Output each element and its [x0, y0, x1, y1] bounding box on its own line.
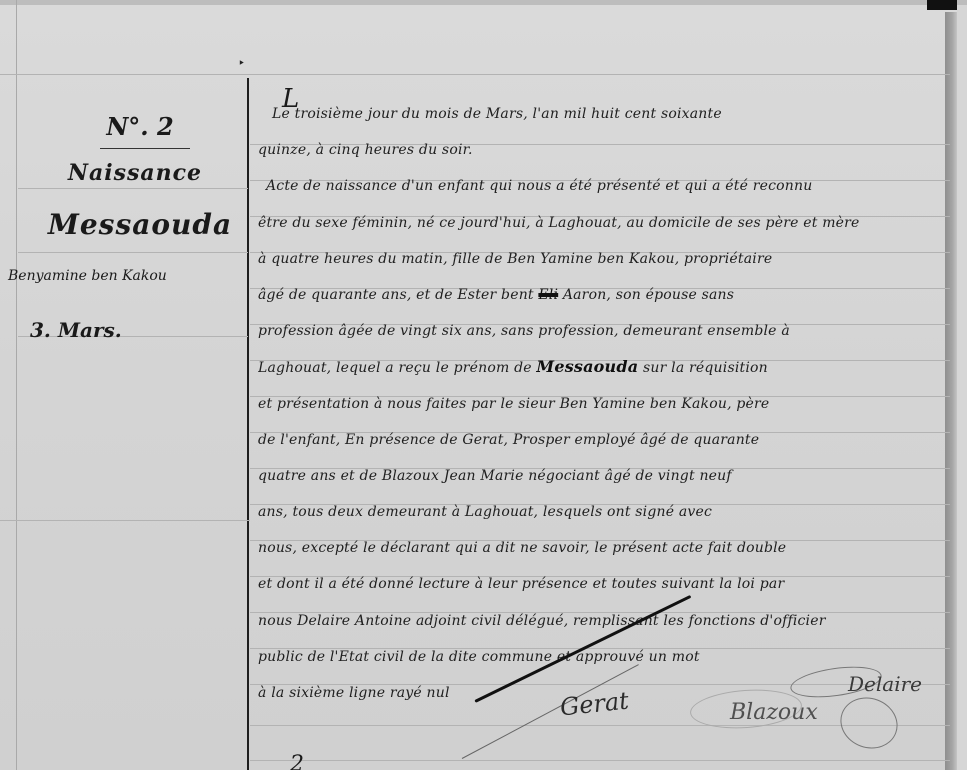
body-line: et présentation à nous faites par le sie…	[258, 386, 948, 422]
struck-word: Eli	[538, 287, 558, 303]
ruled-line	[0, 520, 250, 521]
father-name: Benyamine ben Kakou	[8, 268, 244, 284]
ruled-line	[18, 188, 248, 189]
entry-type: Naissance	[55, 160, 215, 186]
child-name: Messaouda	[40, 208, 240, 241]
signature-officer: Delaire	[848, 672, 922, 696]
ruled-line	[18, 252, 248, 253]
page-top-edge	[0, 0, 967, 5]
body-line: nous, excepté le déclarant qui a dit ne …	[258, 530, 948, 566]
body-line: quatre ans et de Blazoux Jean Marie négo…	[258, 458, 948, 494]
entry-date: 3. Mars.	[30, 318, 180, 342]
body-line: profession âgée de vingt six ans, sans p…	[258, 313, 948, 349]
ruled-line	[250, 760, 950, 761]
body-line: à quatre heures du matin, fille de Ben Y…	[258, 241, 948, 277]
body-line: et dont il a été donné lecture à leur pr…	[258, 566, 948, 602]
left-page-rule	[16, 0, 17, 770]
body-line-with-strikeout: âgé de quarante ans, et de Ester bent El…	[258, 277, 948, 313]
body-text-fragment: Laghouat, lequel a reçu le prénom de	[258, 360, 536, 376]
emphasized-child-name: Messaouda	[536, 357, 638, 376]
body-line: être du sexe féminin, né ce jourd'hui, à…	[258, 205, 948, 241]
signature-witness-1: Gerat	[559, 686, 630, 721]
body-line: Acte de naissance d'un enfant qui nous a…	[258, 168, 948, 204]
body-text-fragment: âgé de quarante ans, et de Ester bent	[258, 287, 538, 303]
entry-number-underline	[100, 148, 190, 149]
register-page: ‣ N°. 2 Naissance Messaouda Benyamine be…	[0, 0, 957, 770]
body-text-fragment: sur la réquisition	[638, 360, 768, 376]
signature-witness-2: Blazoux	[730, 700, 818, 725]
entry-number: N°. 2	[80, 112, 200, 141]
body-line-with-name: Laghouat, lequel a reçu le prénom de Mes…	[258, 349, 948, 385]
stray-ink-mark: ‣	[238, 56, 245, 70]
record-body: Le troisième jour du mois de Mars, l'an …	[258, 96, 948, 711]
margin-rule	[247, 78, 249, 770]
body-line: ans, tous deux demeurant à Laghouat, les…	[258, 494, 948, 530]
scan-corner-shadow	[927, 0, 957, 10]
body-line: quinze, à cinq heures du soir.	[258, 132, 948, 168]
body-text-fragment: Aaron, son épouse sans	[558, 287, 734, 303]
next-entry-start: 2	[290, 752, 304, 770]
body-line: de l'enfant, En présence de Gerat, Prosp…	[258, 422, 948, 458]
body-line: Le troisième jour du mois de Mars, l'an …	[258, 96, 948, 132]
body-line: nous Delaire Antoine adjoint civil délég…	[258, 603, 948, 639]
ruled-line	[0, 74, 950, 75]
